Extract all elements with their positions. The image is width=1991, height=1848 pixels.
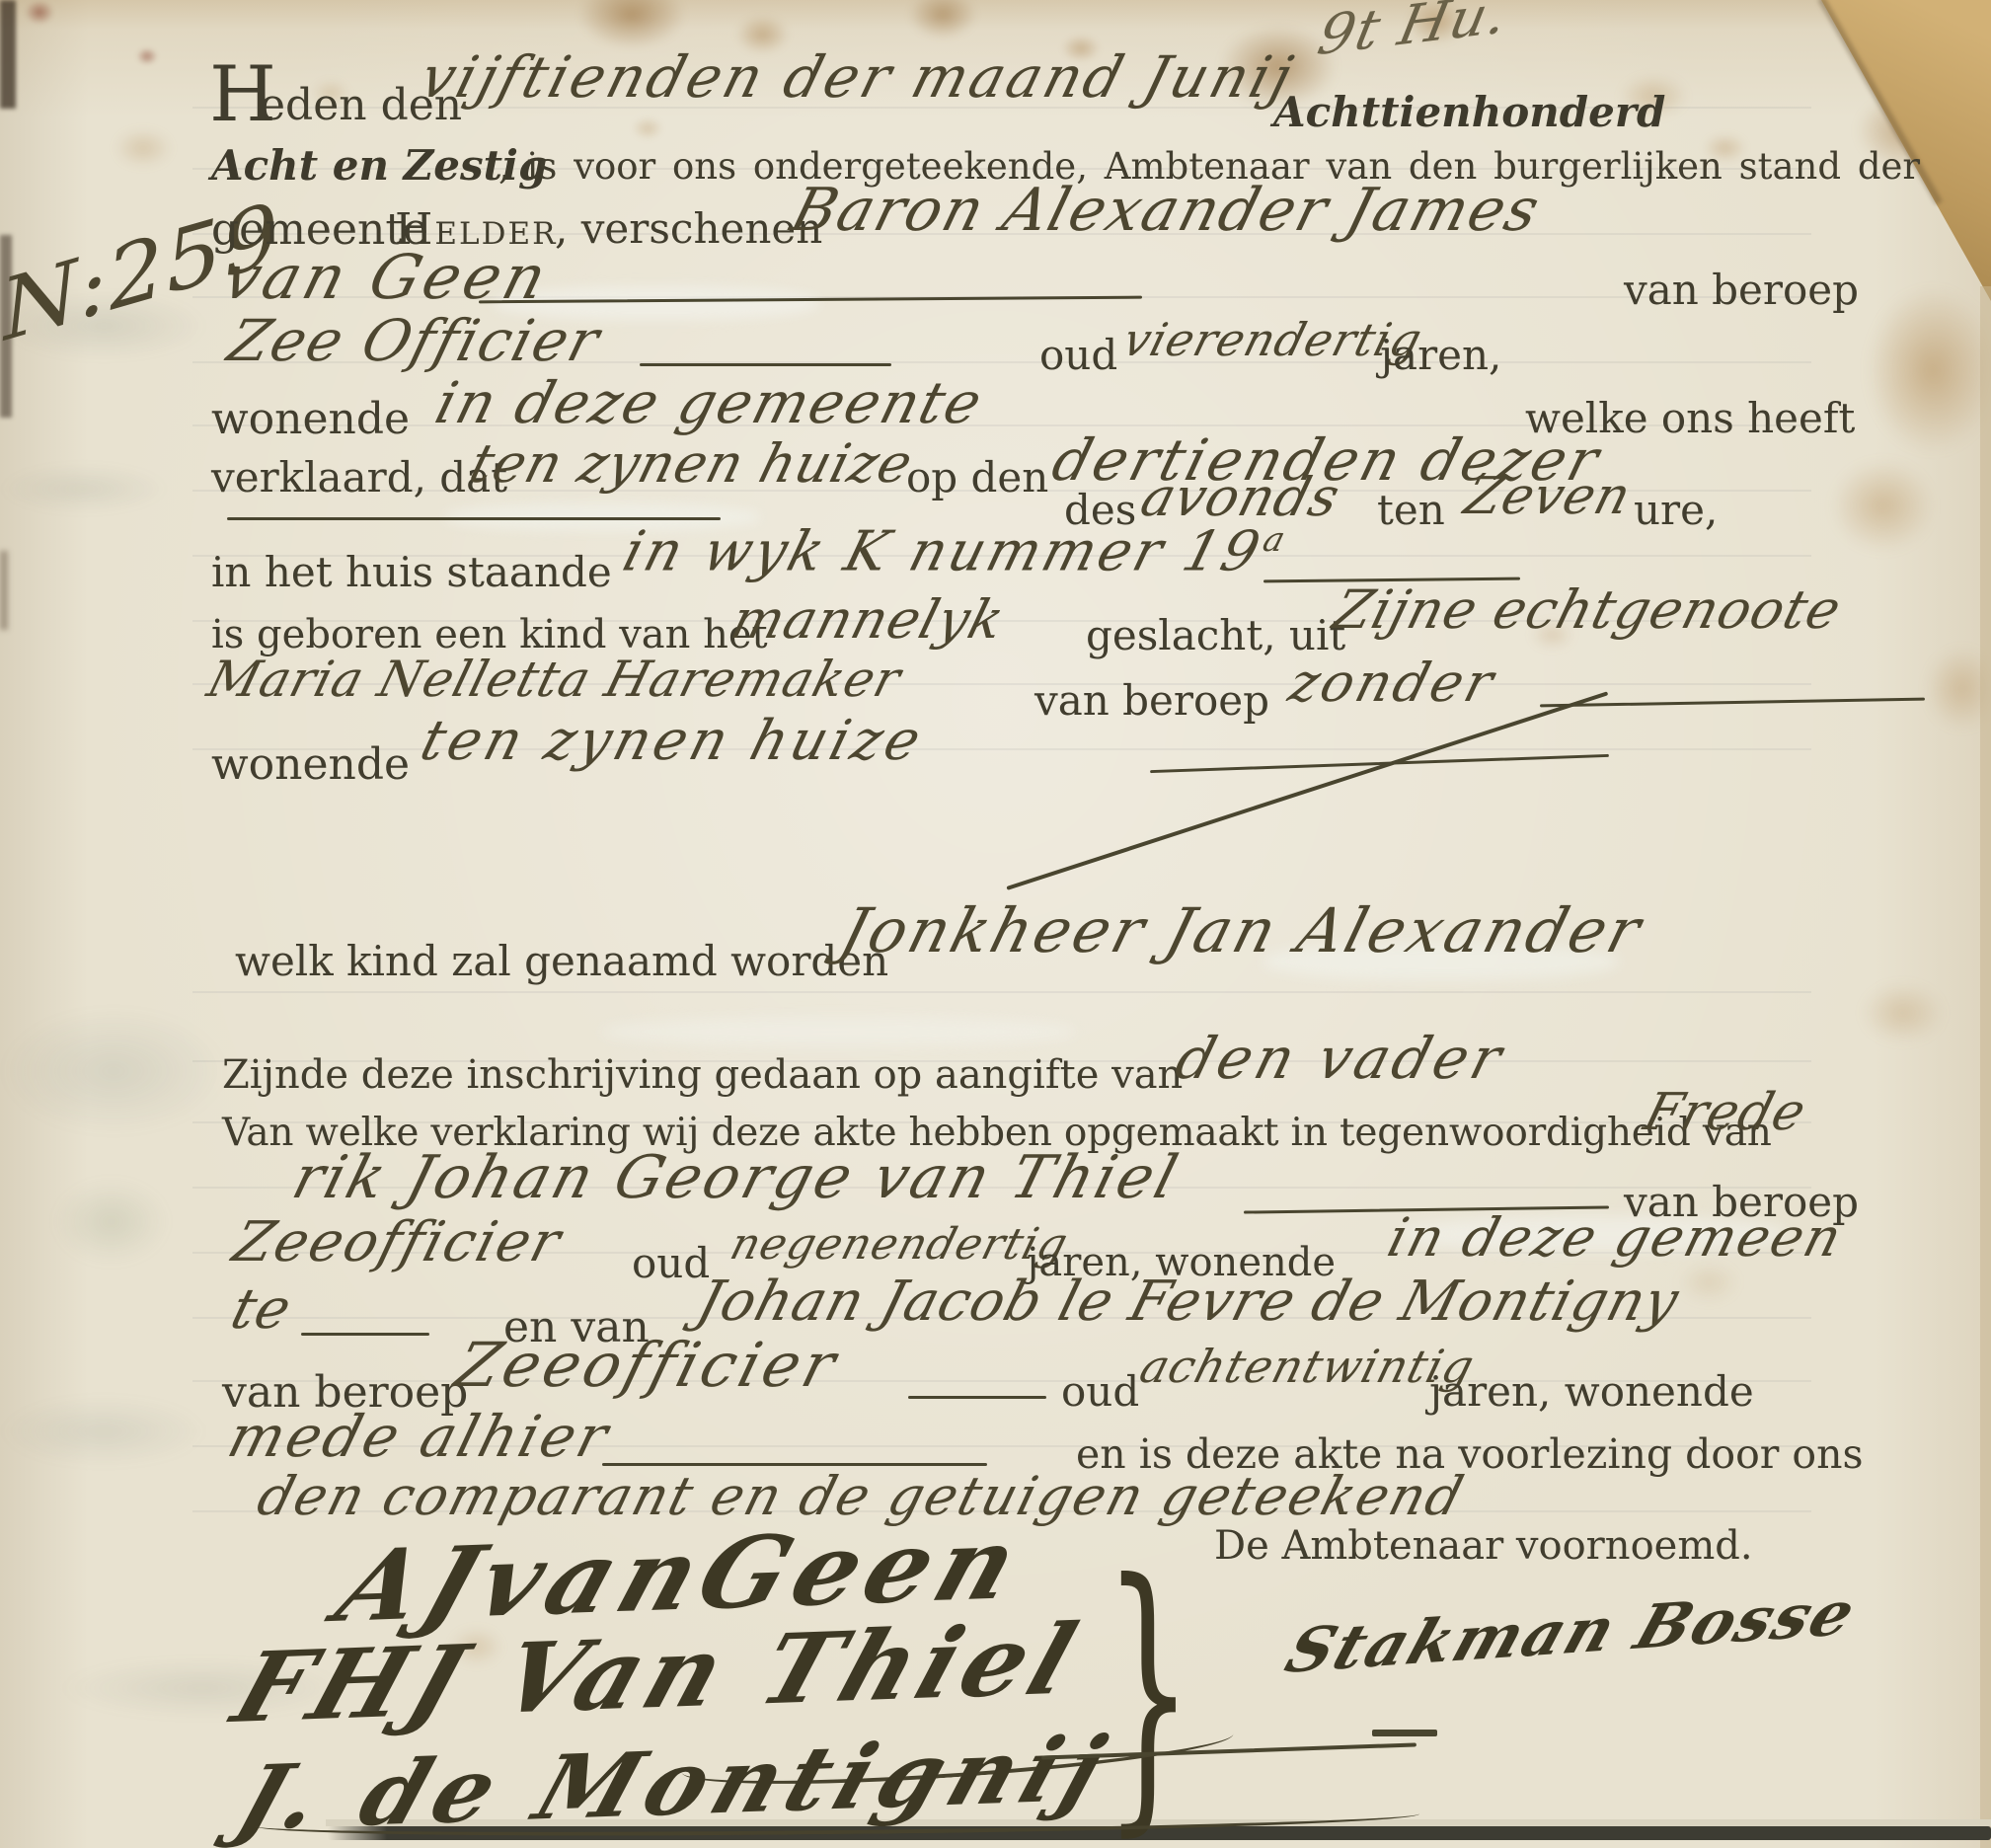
- zijnde-label: Zijnde deze inschrijving gedaan op aangi…: [222, 1054, 1183, 1096]
- blank-fill-rule: [1150, 754, 1609, 773]
- hw-witness1-age: negenendertig: [726, 1222, 1073, 1268]
- hw-witness1-residence-a: in deze gemeen: [1382, 1210, 1849, 1267]
- hw-house-address: in wyk K nummer 19a: [617, 523, 1291, 581]
- hw-birth-place: ten zynen huize: [464, 436, 919, 493]
- hw-house-address-main: in wyk K nummer 19: [616, 520, 1268, 584]
- wonende-label-1: wonende: [211, 397, 410, 442]
- stain: [1831, 459, 1935, 553]
- hw-witness1-part1: Frede: [1639, 1086, 1811, 1140]
- hw-mother-profession: zonder: [1283, 655, 1501, 712]
- hw-witness2-age: achtentwintig: [1135, 1343, 1480, 1390]
- left-edge-mark: [0, 0, 16, 109]
- blank-fill-rule: [301, 1333, 429, 1336]
- blank-fill-rule: [640, 363, 891, 366]
- ambtenaar-label: De Ambtenaar voornoemd.: [1214, 1525, 1753, 1567]
- light-streak: [602, 1017, 1076, 1046]
- hw-birth-hour: Zeven: [1459, 470, 1637, 524]
- signature-official: Stakman Bosse: [1278, 1580, 1865, 1683]
- hw-child-gender: mannelyk: [726, 592, 1011, 649]
- right-page-edge: [1980, 286, 1991, 1848]
- hw-mother-residence: ten zynen huize: [415, 713, 930, 771]
- hw-witness1-residence-b: te: [225, 1281, 297, 1340]
- blank-fill-rule: [908, 1396, 1046, 1399]
- bleedthrough-smudge: [0, 1007, 227, 1135]
- hw-registration-date: vijftienden der maand Junij: [415, 47, 1301, 108]
- left-edge-mark: [0, 551, 8, 630]
- stain: [1861, 982, 1945, 1043]
- van-beroep-label-2: van beroep: [1034, 679, 1269, 723]
- oud-label-2: oud: [632, 1242, 710, 1285]
- hw-witness2-profession: Zeeofficier: [449, 1333, 846, 1397]
- signature-official-underline: [1372, 1730, 1437, 1736]
- jaren-wonende-label-3: jaren, wonende: [1429, 1370, 1754, 1414]
- hw-witness2-name: Johan Jacob le Fevre de Montigny: [691, 1273, 1685, 1332]
- hw-informant: den vader: [1170, 1029, 1511, 1089]
- year-word-printed: Achttienhonderd: [1273, 91, 1665, 134]
- hw-witness1-part2: rik Johan George van Thiel: [286, 1147, 1187, 1209]
- stain: [54, 1180, 168, 1264]
- welk-kind-label: welk kind zal genaamd worden: [235, 940, 888, 983]
- stain: [25, 0, 54, 25]
- stain: [577, 0, 686, 49]
- hw-declarant-residence: in deze gemeente: [429, 373, 990, 433]
- document-page: 9t Hu. N:259 H eden den vijftienden der …: [0, 0, 1991, 1848]
- annotation-top-right: 9t Hu.: [1313, 0, 1512, 66]
- hw-witness2-residence: mede alhier: [222, 1407, 617, 1467]
- ten-label: ten: [1377, 489, 1445, 532]
- year-word2-printed: Acht en Zestig: [211, 144, 547, 188]
- hw-mother-name: Maria Nelletta Haremaker: [202, 654, 906, 706]
- is-geboren-label: is geboren een kind van het: [211, 614, 768, 655]
- bleedthrough-smudge: [0, 464, 168, 513]
- birth-certificate-scan: { "document": { "annotation_top_right": …: [0, 0, 1991, 1848]
- oud-label-1: oud: [1039, 334, 1117, 377]
- ure-label: ure,: [1634, 489, 1718, 532]
- hw-child-name: Jonkheer Jan Alexander: [834, 898, 1649, 962]
- jaren-label-1: jaren,: [1380, 334, 1501, 377]
- verschenen-label: , verschenen: [555, 207, 822, 251]
- hw-declarant-name-a: Baron Alexander James: [785, 180, 1547, 242]
- hw-spouse-phrase: Zijne echtgenoote: [1328, 582, 1847, 639]
- guide-line: [192, 991, 1811, 993]
- stain: [136, 47, 158, 65]
- wonende-label-2: wonende: [211, 742, 410, 788]
- hw-birth-daypart: avonds: [1135, 470, 1345, 526]
- van-beroep-label-1: van beroep: [1624, 269, 1859, 312]
- brace-glyph: }: [1104, 1540, 1193, 1845]
- in-het-huis-label: in het huis staande: [211, 551, 612, 594]
- hw-witness1-profession: Zeeofficier: [227, 1214, 568, 1272]
- signature-witness1: FHJ Van Thiel: [222, 1610, 1093, 1740]
- bleedthrough-smudge: [0, 1397, 207, 1466]
- oud-label-3: oud: [1061, 1370, 1139, 1414]
- op-den-label: op den: [906, 456, 1048, 500]
- stain: [908, 0, 977, 39]
- stain: [1866, 286, 1991, 454]
- stain: [632, 116, 663, 140]
- stain: [114, 128, 173, 168]
- blank-fill-rule: [1540, 698, 1925, 708]
- hw-declarant-profession: Zee Officier: [222, 311, 607, 371]
